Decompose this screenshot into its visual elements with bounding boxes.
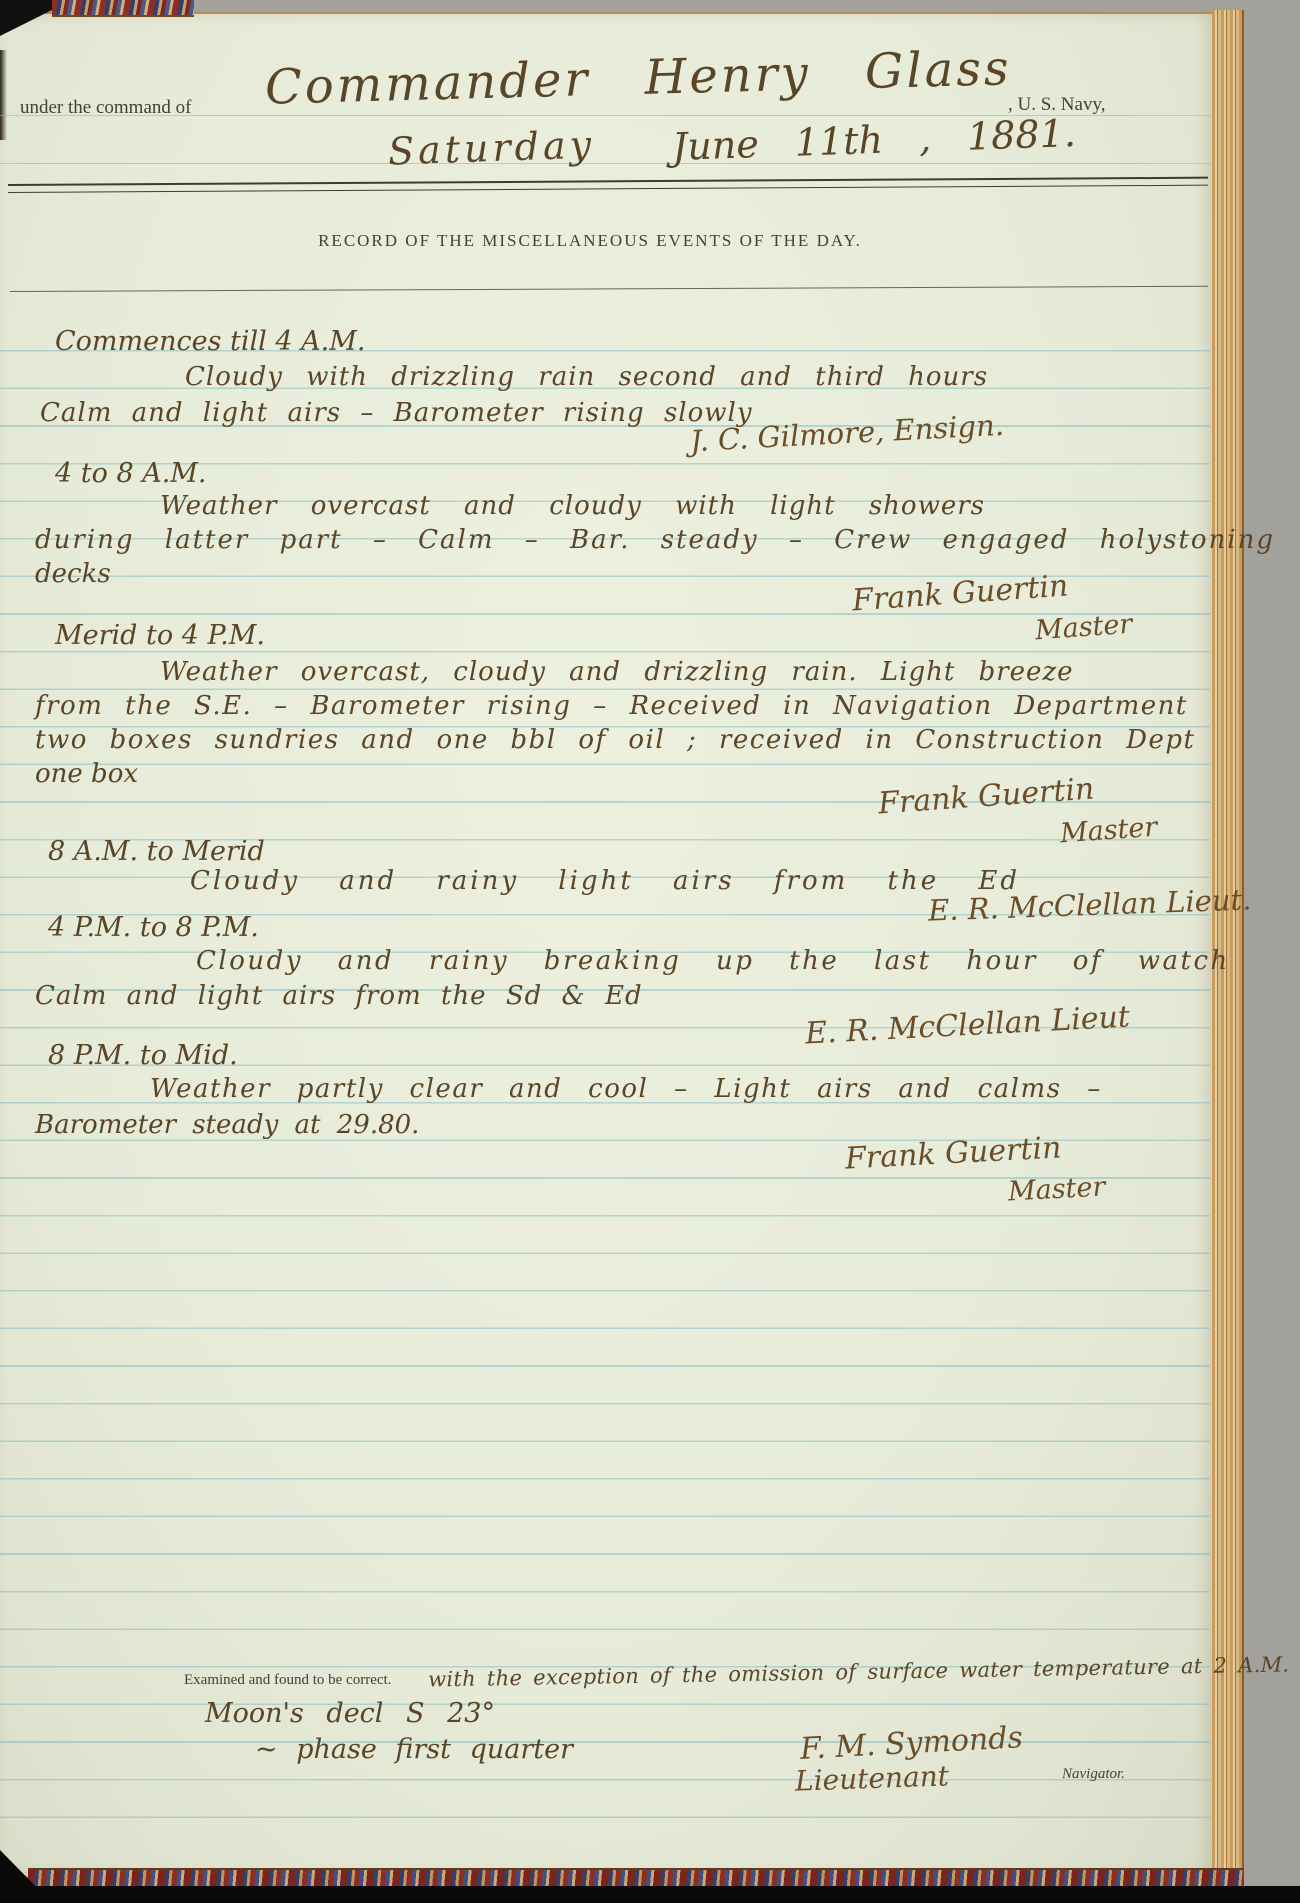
- moon-phase-handwriting: ~ phase first quarter: [255, 1734, 573, 1765]
- entry-line: Cloudy and rainy light airs from the Ed: [190, 866, 1020, 896]
- entry-line: during latter part – Calm – Bar. steady …: [35, 525, 1275, 555]
- examined-label: Examined and found to be correct.: [184, 1672, 391, 1689]
- entry-heading: Merid to 4 P.M.: [55, 620, 265, 651]
- entry-signature-title: Master: [1007, 1171, 1106, 1207]
- entry-heading: 8 P.M. to Mid.: [48, 1040, 238, 1071]
- command-prefix-label: under the command of: [20, 97, 191, 119]
- binding-left-sliver: [0, 50, 7, 140]
- entry-line: Weather overcast, cloudy and drizzling r…: [160, 657, 1074, 687]
- entry-line: Weather overcast and cloudy with light s…: [160, 491, 985, 521]
- header-rule-line-2: [0, 163, 1212, 164]
- entry-line: Calm and light airs from the Sd & Ed: [35, 981, 643, 1011]
- navigator-label: Navigator.: [1062, 1766, 1125, 1783]
- entry-line: Weather partly clear and cool – Light ai…: [150, 1074, 1102, 1104]
- entry-heading: 4 P.M. to 8 P.M.: [48, 912, 259, 943]
- binding-bottom-bar: [0, 1886, 1300, 1903]
- entry-heading: 8 A.M. to Merid: [48, 836, 265, 867]
- entry-line: one box: [35, 759, 138, 789]
- section-title: RECORD OF THE MISCELLANEOUS EVENTS OF TH…: [240, 231, 940, 251]
- weekday-handwriting: Saturday: [387, 122, 595, 173]
- entry-line: decks: [35, 559, 111, 589]
- page-stack-edge: [1212, 10, 1244, 1876]
- logbook-scan: under the command of Commander Henry Gla…: [0, 0, 1300, 1903]
- moon-declination-handwriting: Moon's decl S 23°: [205, 1698, 495, 1729]
- entry-line: from the S.E. – Barometer rising – Recei…: [35, 691, 1188, 721]
- entry-line: Cloudy and rainy breaking up the last ho…: [196, 946, 1230, 976]
- entry-line: Barometer steady at 29.80.: [35, 1110, 419, 1140]
- entry-line: two boxes sundries and one bbl of oil ; …: [35, 725, 1195, 755]
- navigator-rank-handwriting: Lieutenant: [794, 1759, 949, 1797]
- entry-line: Cloudy with drizzling rain second and th…: [185, 362, 988, 392]
- entry-heading: 4 to 8 A.M.: [55, 458, 207, 489]
- marbled-edge-top: [52, 0, 194, 17]
- entry-heading: Commences till 4 A.M.: [55, 326, 365, 357]
- entry-line: Calm and light airs – Barometer rising s…: [40, 398, 753, 428]
